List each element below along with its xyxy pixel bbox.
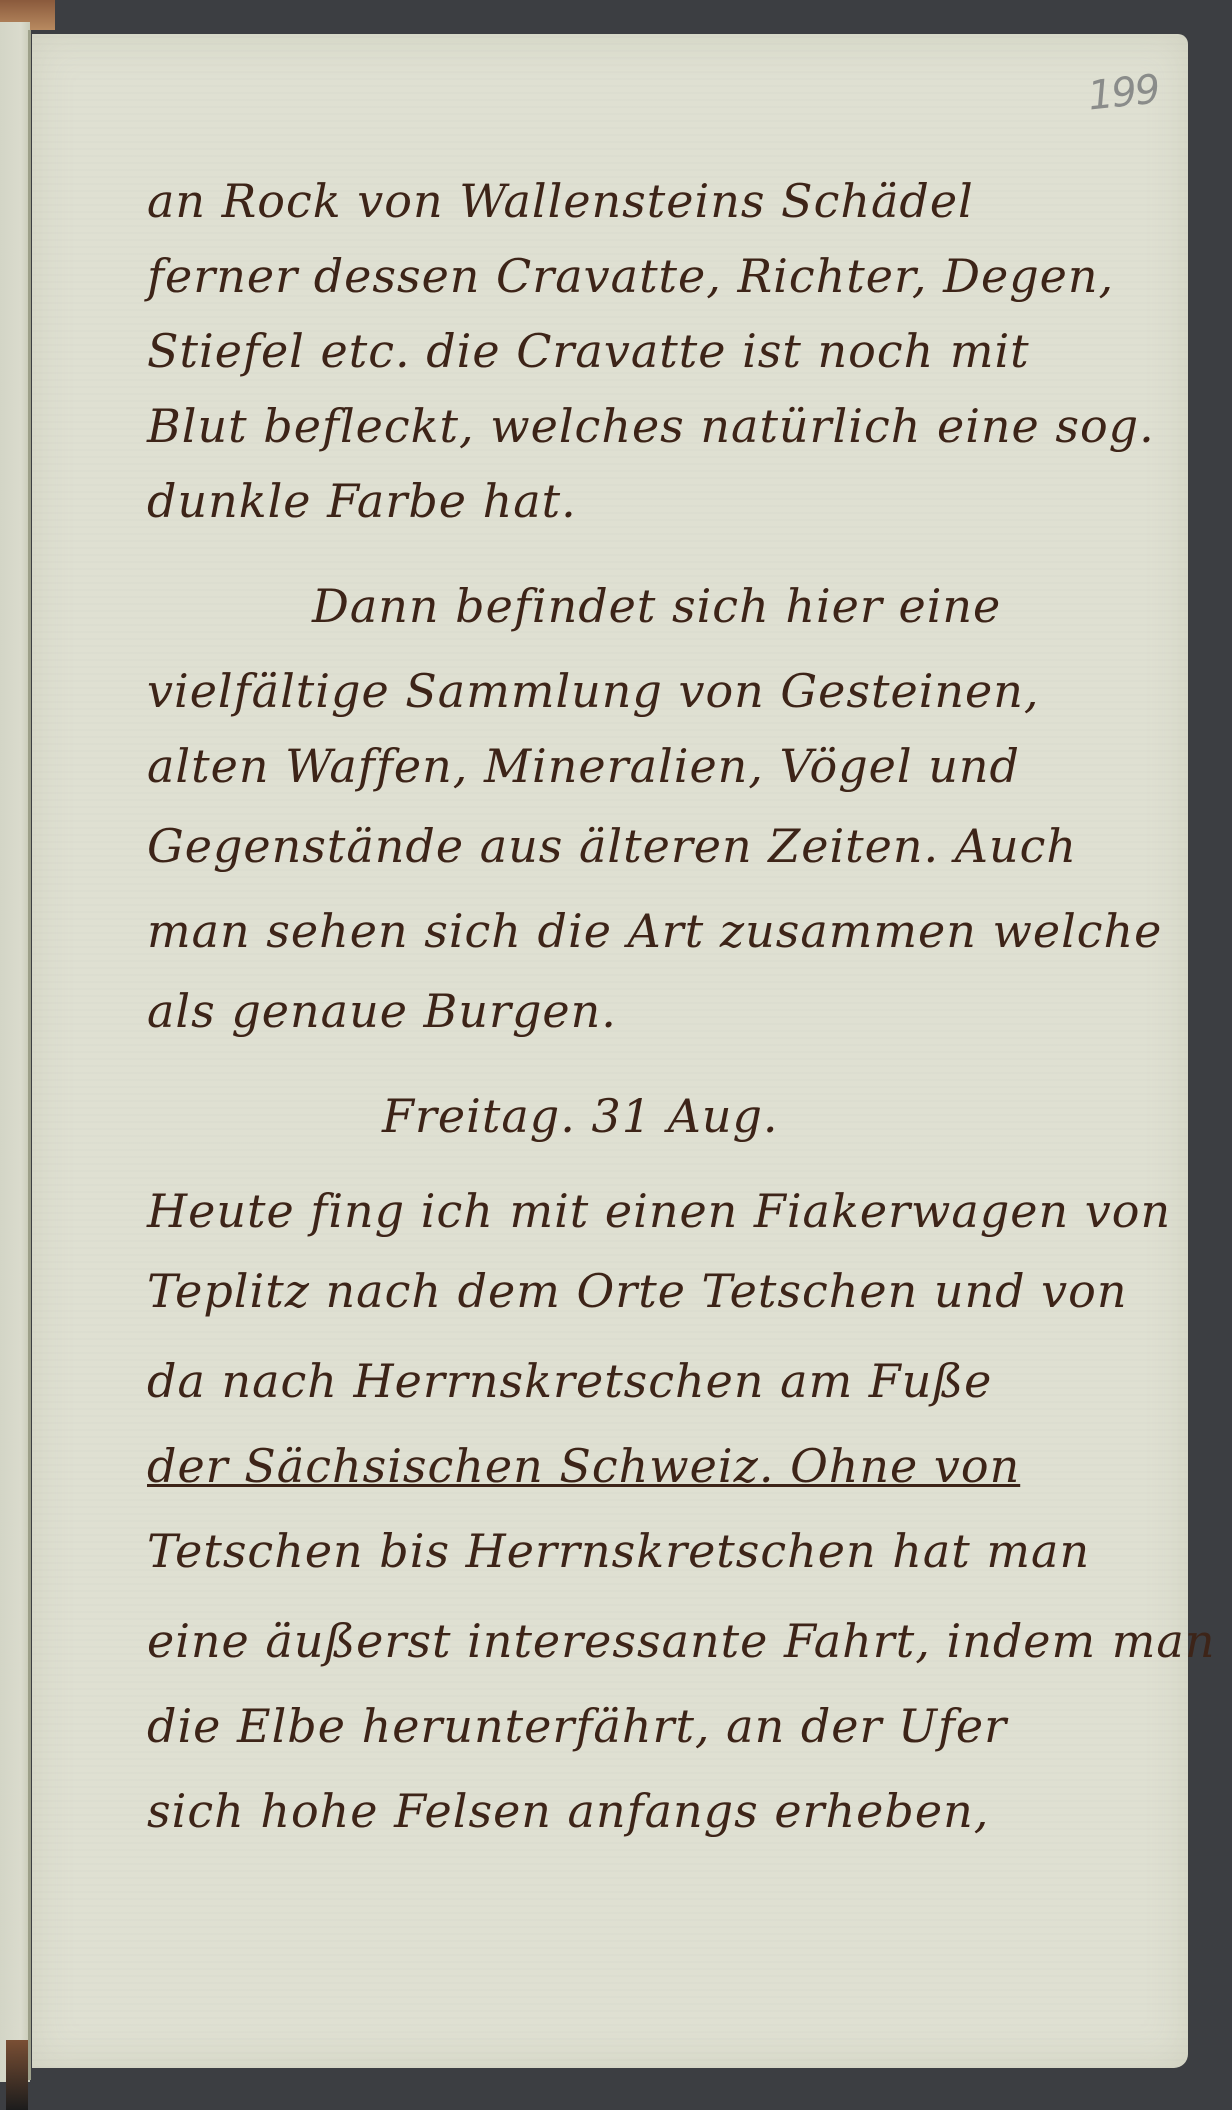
text-line-15: da nach Herrnskretschen am Fuße [147, 1354, 992, 1408]
text-line-16: der Sächsischen Schweiz. Ohne von [147, 1439, 1020, 1493]
text-line-19: die Elbe herunterfährt, an der Ufer [147, 1699, 1007, 1753]
text-line-11: als genaue Burgen. [147, 984, 617, 1038]
text-line-18: eine äußerst interessante Fahrt, indem m… [147, 1614, 1215, 1668]
text-line-4: Blut befleckt, welches natürlich eine so… [147, 399, 1155, 453]
text-line-10: man sehen sich die Art zusammen welche [147, 904, 1162, 958]
book-corner-wear-bottom [6, 2040, 28, 2110]
text-line-5: dunkle Farbe hat. [147, 474, 577, 528]
text-line-9: Gegenstände aus älteren Zeiten. Auch [147, 819, 1077, 873]
folio-number: 199 [1085, 66, 1160, 119]
text-line-3: Stiefel etc. die Cravatte ist noch mit [147, 324, 1030, 378]
text-line-8: alten Waffen, Mineralien, Vögel und [147, 739, 1020, 793]
text-line-13: Heute fing ich mit einen Fiakerwagen von [147, 1184, 1171, 1238]
text-line-1: an Rock von Wallensteins Schädel [147, 174, 974, 228]
manuscript-page: 199 an Rock von Wallensteins Schädel fer… [32, 34, 1188, 2068]
text-line-20: sich hohe Felsen anfangs erheben, [147, 1784, 989, 1838]
book-spine-gutter [28, 30, 31, 2080]
date-heading: Freitag. 31 Aug. [382, 1089, 779, 1143]
text-line-14: Teplitz nach dem Orte Tetschen und von [147, 1264, 1127, 1318]
previous-page-edge [0, 22, 30, 2082]
text-line-17: Tetschen bis Herrnskretschen hat man [147, 1524, 1090, 1578]
text-line-6: Dann befindet sich hier eine [312, 579, 1001, 633]
text-line-2: ferner dessen Cravatte, Richter, Degen, [147, 249, 1114, 303]
text-line-7: vielfältige Sammlung von Gesteinen, [147, 664, 1040, 718]
